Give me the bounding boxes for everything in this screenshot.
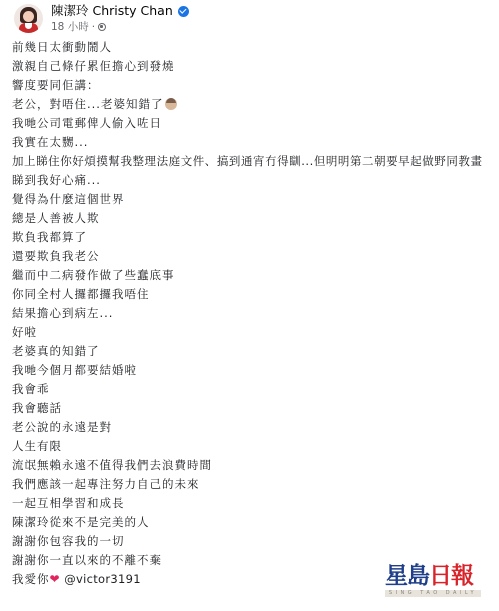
post-line-text: 我實在太嬲... bbox=[12, 135, 88, 149]
post-line: 老婆真的知錯了 bbox=[12, 342, 492, 361]
post-line: 人生有限 bbox=[12, 437, 492, 456]
post-line: 繼而中二病發作做了些蠢底事 bbox=[12, 266, 492, 285]
sing-tao-daily-watermark: 星島日報 SING TAO DAILY bbox=[385, 563, 485, 599]
post-meta: 陳潔玲 Christy Chan 18 小時 · bbox=[51, 3, 189, 34]
post-line: 我會聽話 bbox=[12, 399, 492, 418]
post-line-text: 睇到我好心痛... bbox=[12, 173, 101, 187]
post-line-text: 還要欺負我老公 bbox=[12, 249, 100, 263]
globe-icon[interactable] bbox=[98, 23, 106, 31]
post-line-text: 覺得為什麼這個世界 bbox=[12, 192, 125, 206]
watermark-title-red: 日報 bbox=[429, 563, 473, 589]
author-name[interactable]: 陳潔玲 Christy Chan bbox=[51, 3, 173, 19]
post-line: 我哋今個月都要結婚啦 bbox=[12, 361, 492, 380]
person-bowing-emoji-icon bbox=[165, 98, 177, 110]
post-line-text: 我哋公司電郵俾人偷入咗日 bbox=[12, 116, 162, 130]
post-line-text: 繼而中二病發作做了些蠢底事 bbox=[12, 268, 175, 282]
post-line: 覺得為什麼這個世界 bbox=[12, 190, 492, 209]
post-line: 你同全村人攞都攞我唔住 bbox=[12, 285, 492, 304]
post-line: 老公，對唔住...老婆知錯了 bbox=[12, 95, 492, 114]
watermark-subtitle: SING TAO DAILY bbox=[385, 590, 481, 597]
post-line: 我實在太嬲... bbox=[12, 133, 492, 152]
post-line: 老公說的永遠是對 bbox=[12, 418, 492, 437]
watermark-title: 星島日報 bbox=[385, 563, 485, 589]
post-line: 我會乖 bbox=[12, 380, 492, 399]
post-line: 睇到我好心痛... bbox=[12, 171, 492, 190]
post-line-text: 前幾日太衝動鬧人 bbox=[12, 40, 112, 54]
post-line: 我哋公司電郵俾人偷入咗日 bbox=[12, 114, 492, 133]
post-line-text: 謝謝你一直以來的不離不棄 bbox=[12, 553, 162, 567]
post-line-text: 人生有限 bbox=[12, 439, 62, 453]
post-line-text: 流氓無賴永遠不值得我們去浪費時間 bbox=[12, 458, 212, 472]
post-line: 總是人善被人欺 bbox=[12, 209, 492, 228]
post-body: 前幾日太衝動鬧人 激親自己條仔累佢擔心到發燒 響度要同佢講： 老公，對唔住...… bbox=[12, 38, 492, 589]
post-line-text: 我會聽話 bbox=[12, 401, 62, 415]
watermark-title-blue: 星島 bbox=[385, 563, 429, 589]
post-line-text: 我愛你 bbox=[12, 572, 50, 586]
post-line-text: 老公，對唔住...老婆知錯了 bbox=[12, 97, 163, 111]
post-line: 陳潔玲從來不是完美的人 bbox=[12, 513, 492, 532]
post-line-text: 激親自己條仔累佢擔心到發燒 bbox=[12, 59, 175, 73]
post-line-text: 我會乖 bbox=[12, 382, 50, 396]
post-line-text: 我哋今個月都要結婚啦 bbox=[12, 363, 137, 377]
verified-badge-icon bbox=[178, 6, 189, 17]
post-line-text: 結果擔心到病左... bbox=[12, 306, 113, 320]
avatar-face bbox=[23, 11, 34, 22]
post-line: 流氓無賴永遠不值得我們去浪費時間 bbox=[12, 456, 492, 475]
post-line-text: 總是人善被人欺 bbox=[12, 211, 100, 225]
post-line: 謝謝你包容我的一切 bbox=[12, 532, 492, 551]
post-line-text: 欺負我都算了 bbox=[12, 230, 87, 244]
timestamp-row: 18 小時 · bbox=[51, 20, 189, 34]
post-line: 我們應該一起專注努力自己的未來 bbox=[12, 475, 492, 494]
post-line: 欺負我都算了 bbox=[12, 228, 492, 247]
post-line-text: 老公說的永遠是對 bbox=[12, 420, 112, 434]
author-row: 陳潔玲 Christy Chan bbox=[51, 3, 189, 19]
post-line: 響度要同佢講： bbox=[12, 76, 492, 95]
post-line-text: 謝謝你包容我的一切 bbox=[12, 534, 125, 548]
avatar[interactable] bbox=[14, 4, 43, 33]
post-line: 好啦 bbox=[12, 323, 492, 342]
post-line-text: 一起互相學習和成長 bbox=[12, 496, 125, 510]
post-line: 前幾日太衝動鬧人 bbox=[12, 38, 492, 57]
post-timestamp[interactable]: 18 小時 bbox=[51, 20, 89, 34]
mention-link[interactable]: @victor3191 bbox=[64, 572, 141, 586]
post-line-text: 我們應該一起專注努力自己的未來 bbox=[12, 477, 200, 491]
post-line-text: 老婆真的知錯了 bbox=[12, 344, 100, 358]
post-line: 結果擔心到病左... bbox=[12, 304, 492, 323]
separator: · bbox=[92, 20, 95, 34]
post-line-text: 你同全村人攞都攞我唔住 bbox=[12, 287, 150, 301]
heart-icon: ❤ bbox=[50, 572, 60, 586]
post-header: 陳潔玲 Christy Chan 18 小時 · bbox=[14, 3, 189, 34]
post-line: 激親自己條仔累佢擔心到發燒 bbox=[12, 57, 492, 76]
post-line: 還要欺負我老公 bbox=[12, 247, 492, 266]
post-line-text: 陳潔玲從來不是完美的人 bbox=[12, 515, 150, 529]
post-line: 一起互相學習和成長 bbox=[12, 494, 492, 513]
post-line-text: 好啦 bbox=[12, 325, 37, 339]
post-line-text: 響度要同佢講： bbox=[12, 78, 100, 92]
post-line-text: 加上睇住你好煩摸幫我整理法庭文件、搞到通宵冇得瞓...但明明第二朝要早起做野同教… bbox=[12, 154, 483, 168]
post-line: 加上睇住你好煩摸幫我整理法庭文件、搞到通宵冇得瞓...但明明第二朝要早起做野同教… bbox=[12, 152, 492, 171]
